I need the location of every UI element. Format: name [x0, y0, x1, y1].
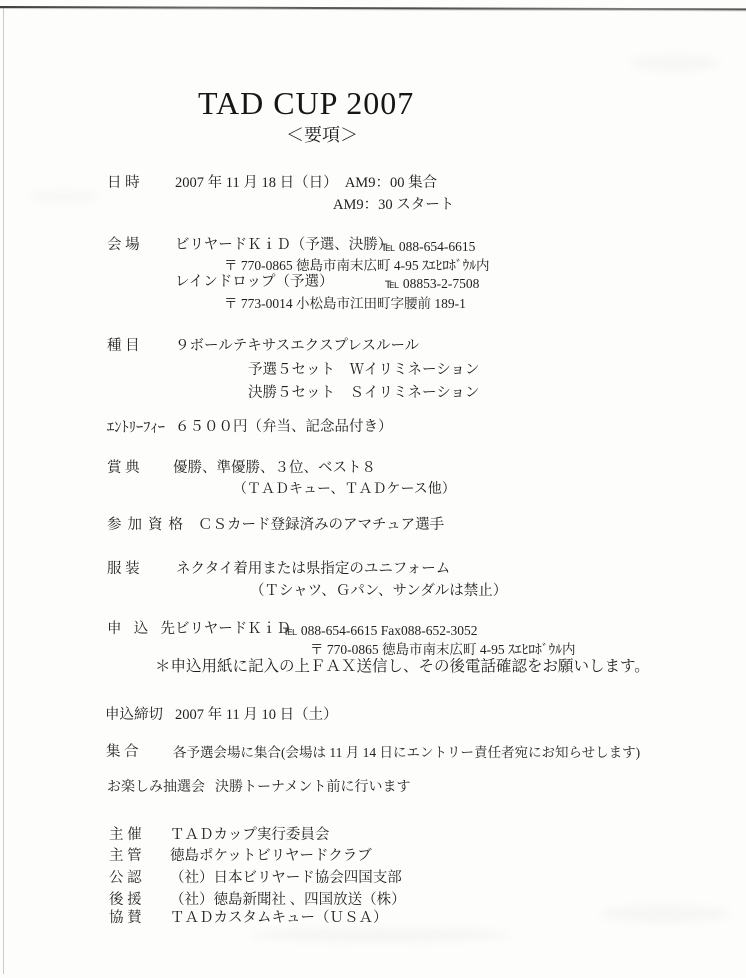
label-prizes: 賞 典 [107, 459, 140, 477]
scan-smudge [600, 905, 730, 923]
scan-smudge [630, 55, 720, 71]
venue-name-1: ビリヤードＫｉＤ（予選、決勝） [175, 236, 392, 254]
scan-smudge [250, 928, 510, 942]
eligibility-line1: ＣＳカード登録済みのアマチュア選手 [198, 516, 444, 534]
label-meeting: 集 合 [106, 743, 139, 761]
label-apply-to: 申込先 [107, 620, 175, 638]
scan-smudge [30, 190, 100, 204]
apply-to-tel-fax: ℡ 088-654-6615 Fax088-652-3052 [283, 622, 477, 640]
scanned-document: TAD CUP 2007 ＜要項＞ 日 時 2007 年 11 月 18 日（日… [0, 0, 746, 978]
venue-name-2: レインドロップ（予選） [175, 273, 333, 291]
label-management: 主 管 [109, 847, 142, 865]
event-line1: ９ボールテキサスエクスプレスルール [175, 337, 419, 355]
label-organizer: 主 催 [109, 826, 142, 844]
dress-code-line2: （Ｔシャツ、Ｇパン、サンダルは禁止） [250, 582, 507, 600]
document-subtitle: ＜要項＞ [286, 125, 358, 145]
entry-fee-line1: ６５００円（弁当、記念品付き） [175, 418, 393, 436]
raffle-line1: 決勝トーナメント前に行います [215, 779, 410, 797]
deadline-line1: 2007 年 11 月 10 日（土） [175, 706, 338, 724]
apply-to-name: ビリヤードＫｉＤ [175, 620, 291, 638]
meeting-line1: 各予選会場に集合(会場は 11 月 14 日にエントリー責任者宛にお知らせします… [173, 744, 640, 762]
label-dress-code: 服 装 [107, 560, 140, 578]
label-sponsor: 協 賛 [109, 909, 142, 927]
apply-to-note: ＊申込用紙に記入の上ＦＡＸ送信し、その後電話確認をお願いします。 [155, 658, 650, 676]
label-raffle: お楽しみ抽選会 [107, 779, 205, 797]
prizes-line2: （ＴＡＤキュー、ＴＡＤケース他） [233, 481, 456, 499]
apply-to-address: 〒 770-0865 徳島市南末広町 4-95 ｽｴﾋﾛﾎﾞｳﾙ内 [310, 641, 576, 659]
venue-tel-1: ℡ 088-654-6615 [381, 238, 475, 256]
datetime-line2: AM9：30 スタート [333, 196, 454, 214]
label-sanction: 公 認 [109, 869, 142, 887]
prizes-line1: 優勝、準優勝、３位、ベスト８ [173, 459, 376, 477]
document-title: TAD CUP 2007 [198, 86, 414, 120]
label-entry-fee: ｴﾝﾄﾘｰﾌｨｰ [107, 419, 165, 437]
event-line3: 決勝５セット Ｓイリミネーション [248, 384, 479, 402]
label-eligibility: 参加資格 [107, 516, 183, 534]
scan-edge-line-left [3, 8, 4, 974]
dress-code-line1: ネクタイ着用または県指定のユニフォーム [176, 560, 450, 578]
venue-address-2: 〒 773-0014 小松島市江田町字腰前 189-1 [224, 295, 466, 313]
label-event: 種 目 [107, 337, 140, 355]
organizer-line1: ＴＡＤカップ実行委員会 [170, 826, 329, 844]
sponsor-line1: ＴＡＤカスタムキュー（ＵＳＡ） [170, 909, 388, 927]
support-line1: （社）徳島新聞社 、四国放送（株） [170, 891, 406, 909]
management-line1: 徳島ポケットビリヤードクラブ [170, 847, 372, 865]
sanction-line1: （社）日本ビリヤード協会四国支部 [170, 869, 402, 887]
label-support: 後 援 [109, 891, 142, 909]
venue-tel-2: ℡ 08853-2-7508 [385, 275, 479, 293]
datetime-line1: 2007 年 11 月 18 日（日） AM9：00 集合 [175, 174, 437, 192]
label-deadline: 申込締切 [105, 706, 163, 724]
event-line2: 予選５セット Ｗイリミネーション [248, 361, 479, 379]
label-venue: 会 場 [107, 236, 140, 254]
label-datetime: 日 時 [107, 174, 140, 192]
